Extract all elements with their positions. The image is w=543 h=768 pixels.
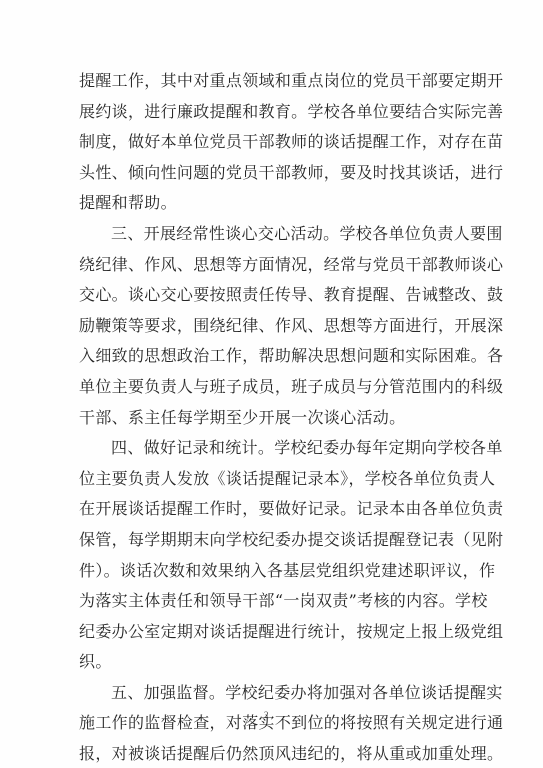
text-line: 绕纪律、作风、思想等方面情况，经常与党员干部教师谈心 (79, 250, 463, 281)
text-line: 保管，每学期期末向学校纪委办提交谈话提醒登记表（见附 (79, 525, 463, 556)
text-line: 织。 (79, 647, 463, 678)
section-heading-line: 三、开展经常性谈心交心活动。学校各单位负责人要围 (79, 219, 463, 250)
text-line: 制度，做好本单位党员干部教师的谈话提醒工作，对存在苗 (79, 127, 463, 158)
text-line: 入细致的思想政治工作，帮助解决思想问题和实际困难。各 (79, 341, 463, 372)
text-line: 展约谈，进行廉政提醒和教育。学校各单位要结合实际完善 (79, 97, 463, 128)
text-line: 头性、倾向性问题的党员干部教师，要及时找其谈话，进行 (79, 158, 463, 189)
section-heading-line: 五、加强监督。学校纪委办将加强对各单位谈话提醒实 (79, 678, 463, 709)
text-line: 单位主要负责人与班子成员，班子成员与分管范围内的科级 (79, 372, 463, 403)
page-number: 2 (264, 710, 269, 720)
text-line: 提醒和帮助。 (79, 188, 463, 219)
text-line: 为落实主体责任和领导干部“一岗双责”考核的内容。学校 (79, 586, 463, 617)
text-line: 位主要负责人发放《谈话提醒记录本》，学校各单位负责人 (79, 464, 463, 495)
body-text: 提醒工作，其中对重点领域和重点岗位的党员干部要定期开 展约谈，进行廉政提醒和教育… (79, 66, 463, 768)
document-page: 提醒工作，其中对重点领域和重点岗位的党员干部要定期开 展约谈，进行廉政提醒和教育… (0, 0, 543, 768)
text-line: 交心。谈心交心要按照责任传导、教育提醒、告诫整改、鼓 (79, 280, 463, 311)
text-line: 报，对被谈话提醒后仍然顶风违纪的，将从重或加重处理。 (79, 739, 463, 768)
text-line: 施工作的监督检查，对落实不到位的将按照有关规定进行通 (79, 708, 463, 739)
section-heading-line: 四、做好记录和统计。学校纪委办每年定期向学校各单 (79, 433, 463, 464)
text-line: 提醒工作，其中对重点领域和重点岗位的党员干部要定期开 (79, 66, 463, 97)
text-line: 励鞭策等要求，围绕纪律、作风、思想等方面进行，开展深 (79, 311, 463, 342)
text-line: 件）。谈话次数和效果纳入各基层党组织党建述职评议，作 (79, 556, 463, 587)
text-line: 在开展谈话提醒工作时，要做好记录。记录本由各单位负责 (79, 494, 463, 525)
text-line: 干部、系主任每学期至少开展一次谈心活动。 (79, 403, 463, 434)
text-line: 纪委办公室定期对谈话提醒进行统计，按规定上报上级党组 (79, 617, 463, 648)
